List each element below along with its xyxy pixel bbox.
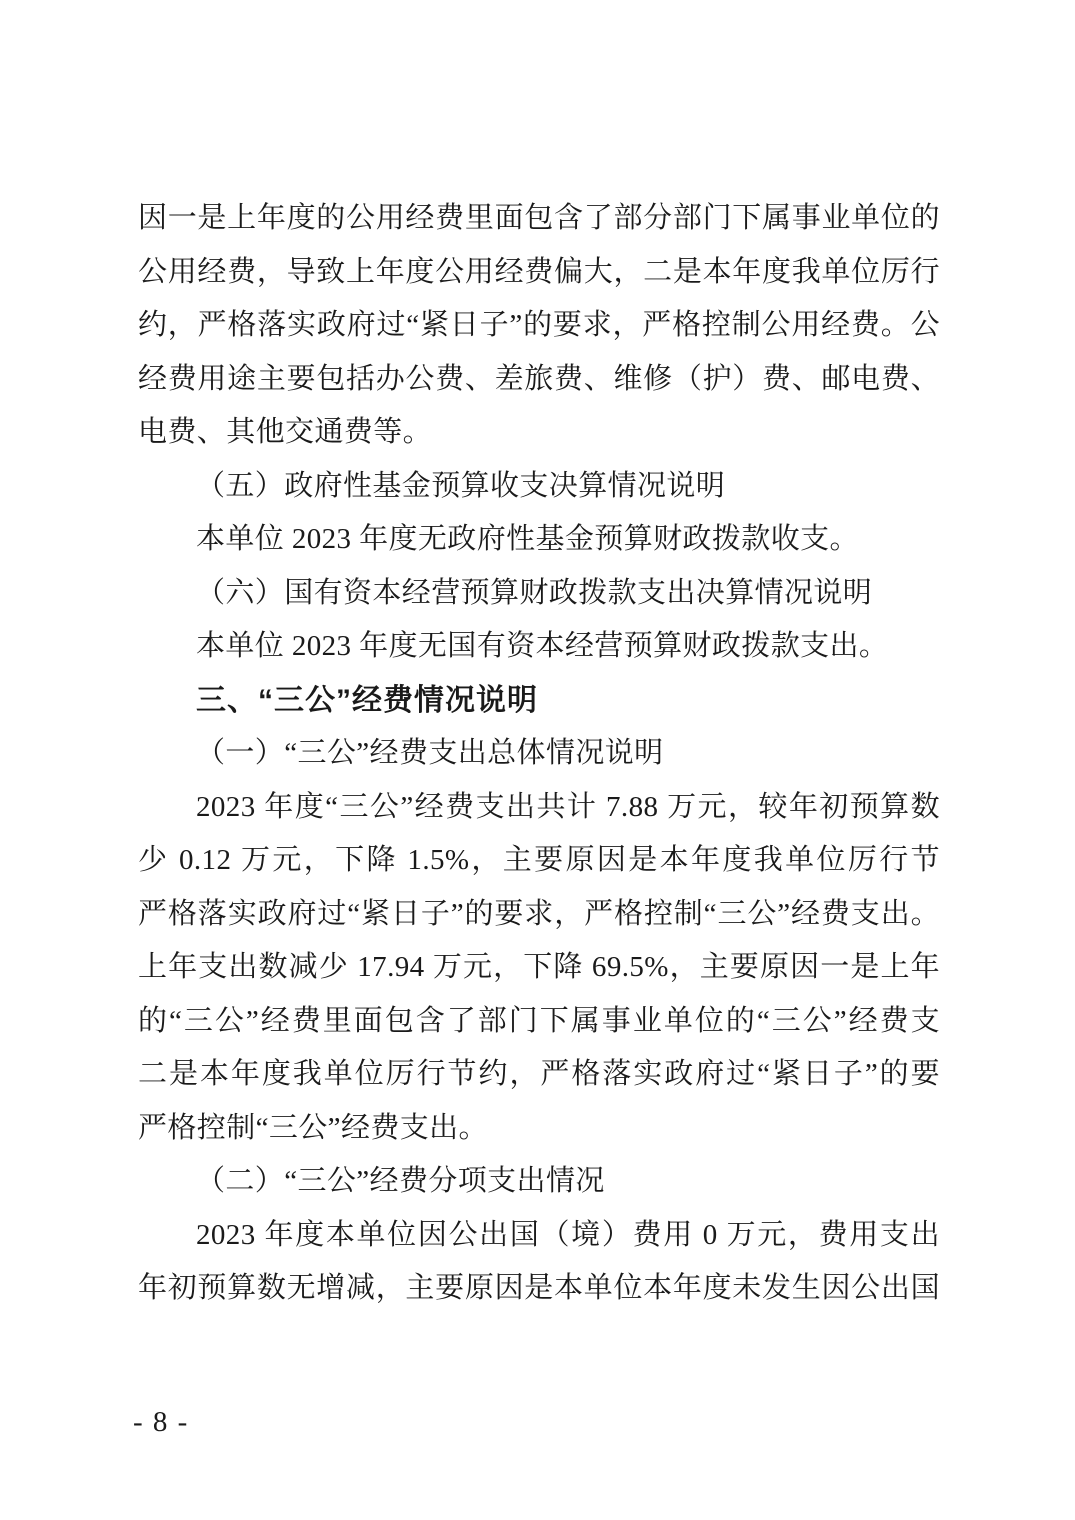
document-body: 因一是上年度的公用经费里面包含了部分部门下属事业单位的公用经费，导致上年度公用经…: [138, 192, 940, 1316]
body-text-line: 本单位 2023 年度无政府性基金预算财政拨款收支。: [138, 513, 940, 567]
body-text-line: 严格控制“三公”经费支出。: [138, 1102, 940, 1156]
body-text-line: 2023 年度本单位因公出国（境）费用 0 万元，费用支出较: [138, 1209, 940, 1263]
body-text-line: 因一是上年度的公用经费里面包含了部分部门下属事业单位的: [138, 192, 940, 246]
body-text-line: 二是本年度我单位厉行节约，严格落实政府过“紧日子”的要求，: [138, 1048, 940, 1102]
body-text-line: 电费、其他交通费等。: [138, 406, 940, 460]
body-text-line: 年初预算数无增减，主要原因是本单位本年度未发生因公出国: [138, 1262, 940, 1316]
subsection-heading: （一）“三公”经费支出总体情况说明: [138, 727, 940, 781]
body-text-line: 严格落实政府过“紧日子”的要求，严格控制“三公”经费支出。较: [138, 888, 940, 942]
section-heading: 三、“三公”经费情况说明: [138, 674, 940, 728]
body-text-line: 上年支出数减少 17.94 万元，下降 69.5%，主要原因一是上年度: [138, 941, 940, 995]
body-text-line: 本单位 2023 年度无国有资本经营预算财政拨款支出。: [138, 620, 940, 674]
body-text-line: 公用经费，导致上年度公用经费偏大，二是本年度我单位厉行节: [138, 246, 940, 300]
subsection-heading: （六）国有资本经营预算财政拨款支出决算情况说明: [138, 567, 940, 621]
body-text-line: 的“三公”经费里面包含了部门下属事业单位的“三公”经费支出，: [138, 995, 940, 1049]
subsection-heading: （五）政府性基金预算收支决算情况说明: [138, 460, 940, 514]
body-text-line: 2023 年度“三公”经费支出共计 7.88 万元，较年初预算数减: [138, 781, 940, 835]
body-text-line: 少 0.12 万元，下降 1.5%，主要原因是本年度我单位厉行节约，: [138, 834, 940, 888]
body-text-line: 约，严格落实政府过“紧日子”的要求，严格控制公用经费。公用: [138, 299, 940, 353]
subsection-heading: （二）“三公”经费分项支出情况: [138, 1155, 940, 1209]
document-page: 因一是上年度的公用经费里面包含了部分部门下属事业单位的公用经费，导致上年度公用经…: [0, 0, 1075, 1520]
body-text-line: 经费用途主要包括办公费、差旅费、维修（护）费、邮电费、水: [138, 353, 940, 407]
page-number: - 8 -: [133, 1406, 189, 1439]
